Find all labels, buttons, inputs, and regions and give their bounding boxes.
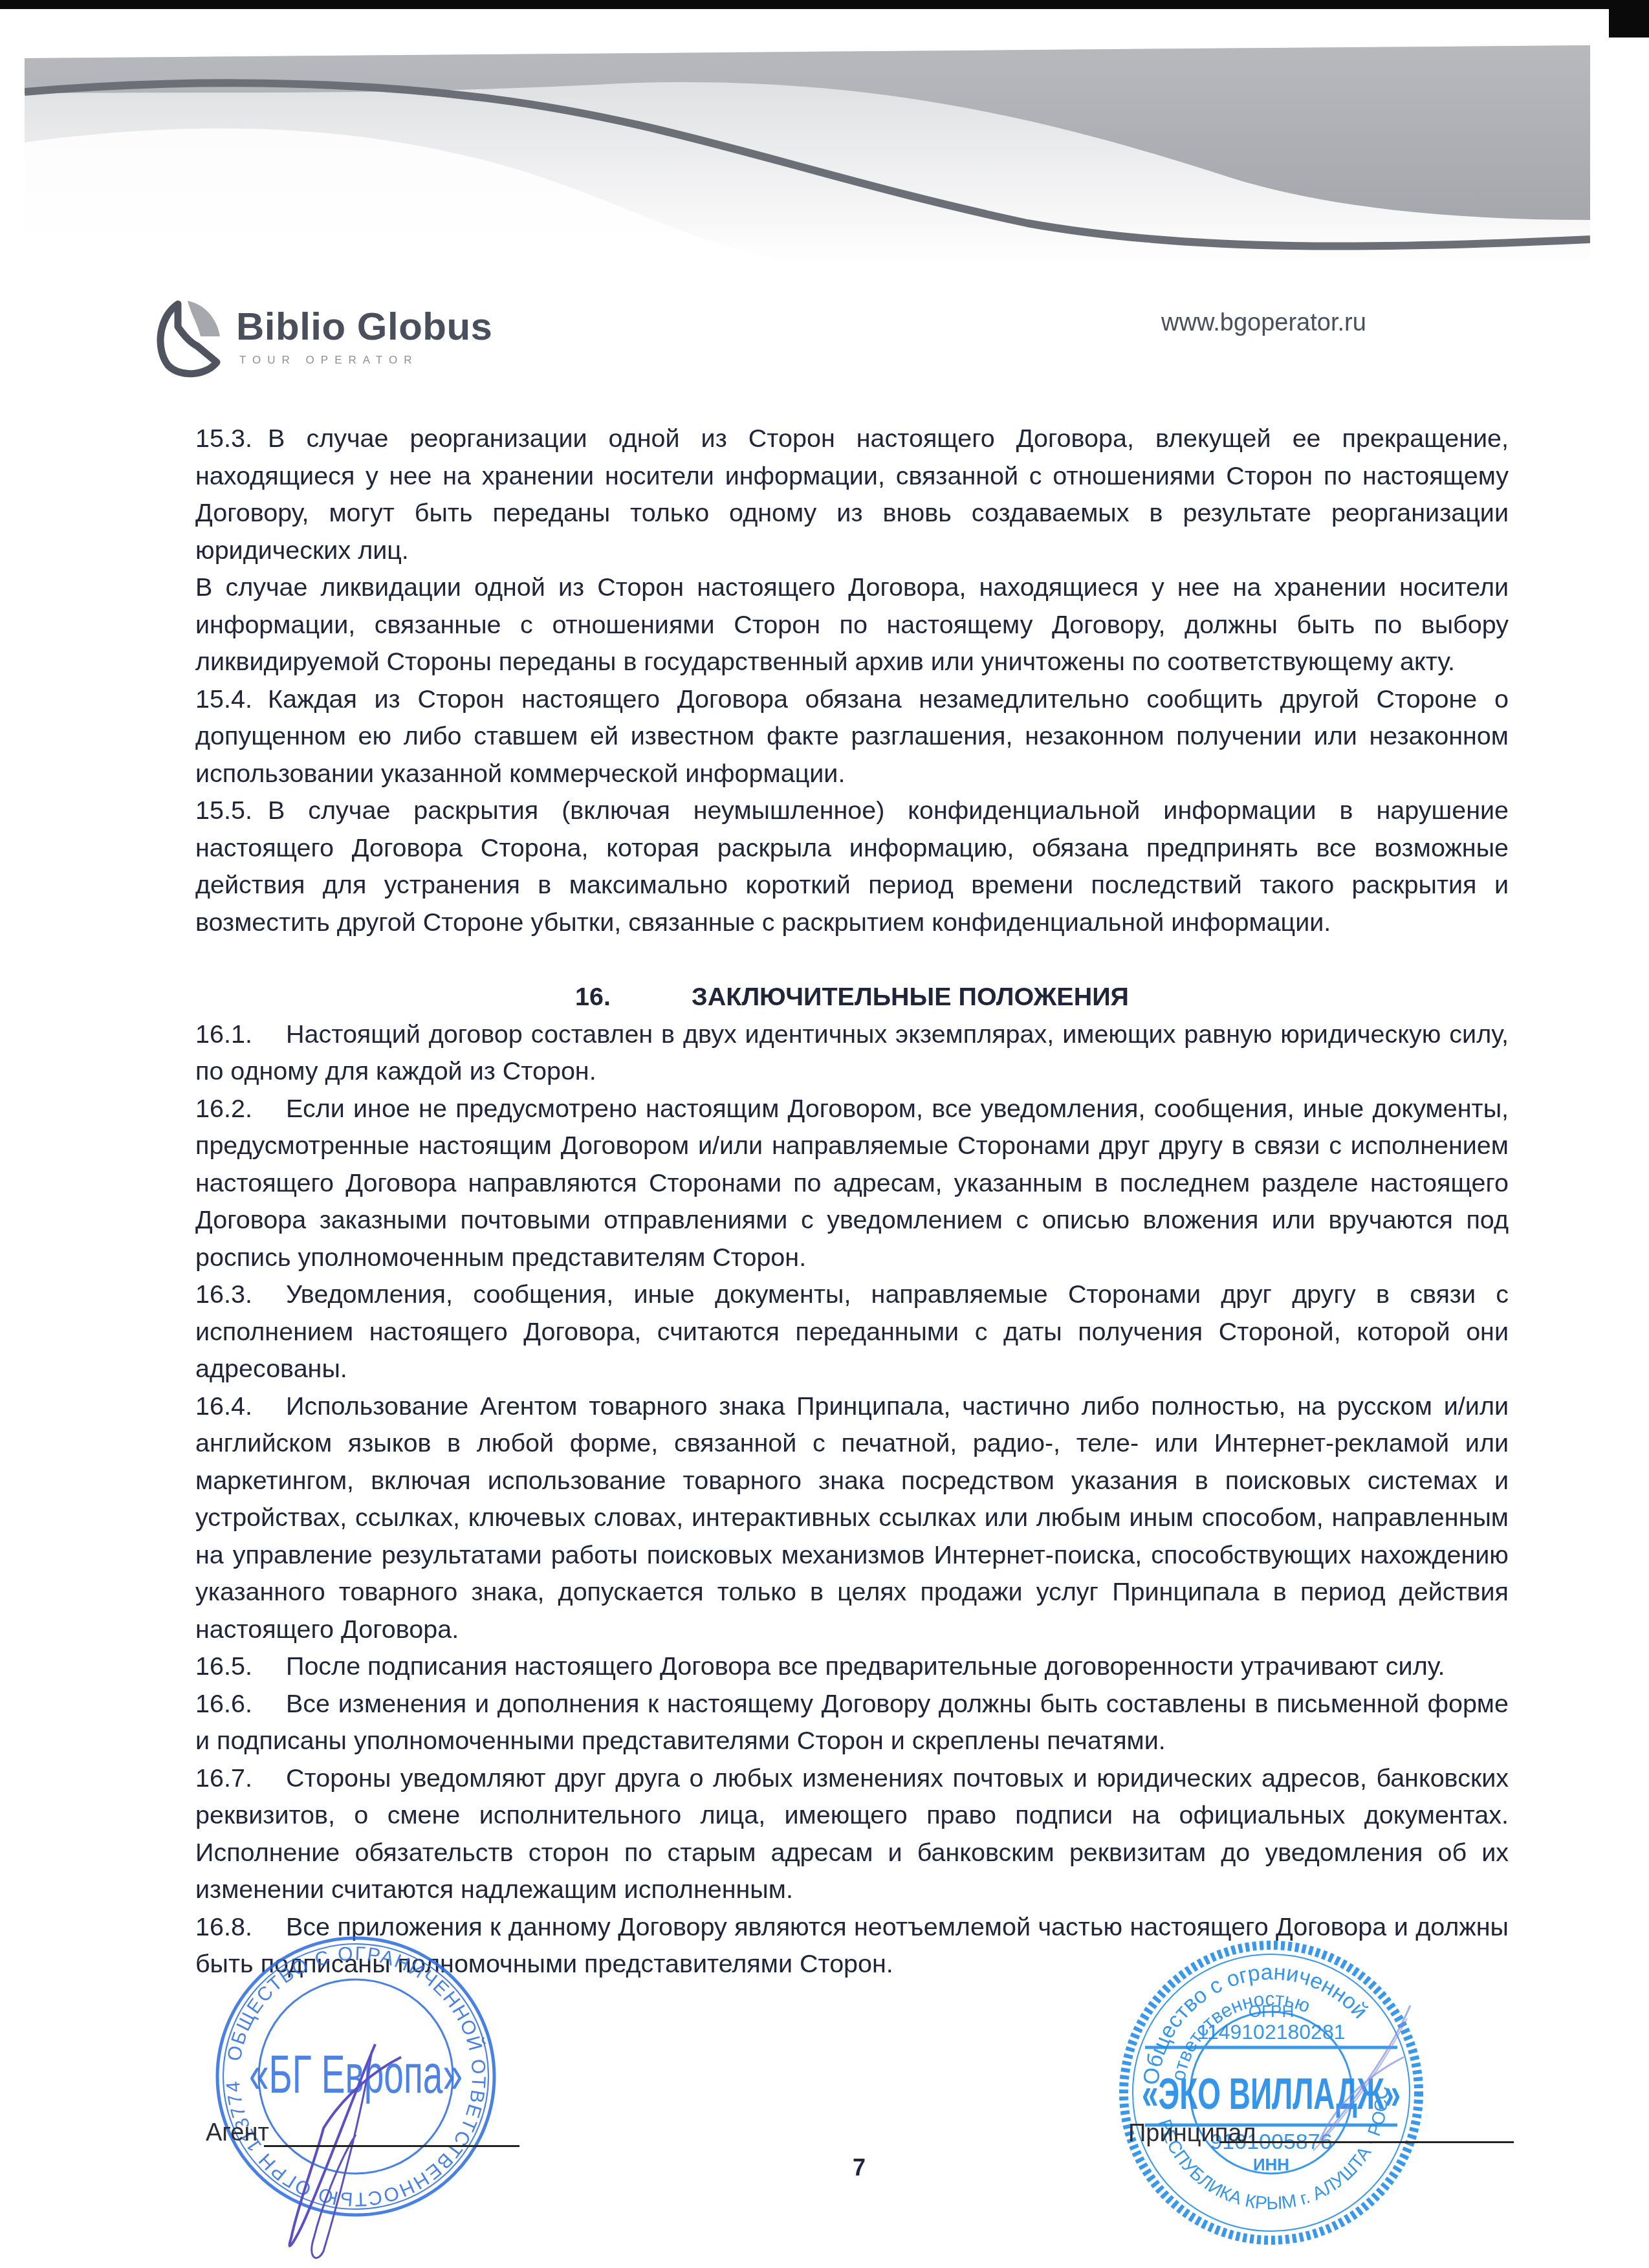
agent-label: Агент	[206, 2119, 269, 2147]
section-number: 16.	[575, 979, 692, 1016]
clause-number: 16.7.	[195, 1760, 286, 1798]
clause-text: Все изменения и дополнения к настоящему …	[195, 1690, 1509, 1756]
clause-number: 15.4.	[195, 681, 268, 719]
stamp-right-name: «ЭКО ВИЛЛАДЖ»	[1142, 2069, 1401, 2119]
header-wave-band	[25, 45, 1590, 265]
clause-15-3: 15.3.В случае реорганизации одной из Сто…	[195, 420, 1509, 569]
clause-number: 16.3.	[195, 1276, 286, 1314]
stamp-left-name: «БГ Европа»	[249, 2044, 463, 2104]
clause-text: Уведомления, сообщения, иные документы, …	[195, 1280, 1509, 1383]
contract-body: 15.3.В случае реорганизации одной из Сто…	[195, 420, 1509, 1983]
stamp-inn-label: ИНН	[1253, 2155, 1289, 2174]
scan-edge-top	[0, 0, 1649, 9]
clause-15-5: 15.5.В случае раскрытия (включая неумышл…	[195, 792, 1509, 941]
stamp-ogrn: 1149102180281	[1197, 2020, 1346, 2044]
biblio-globus-logo: Biblio Globus TOUR OPERATOR	[152, 294, 501, 385]
page-number: 7	[853, 2154, 866, 2181]
logo-mark-icon	[152, 298, 230, 378]
clause-number: 16.4.	[195, 1388, 286, 1426]
clause-text: В случае раскрытия (включая неумышленное…	[195, 796, 1509, 937]
clause-15-4: 15.4.Каждая из Сторон настоящего Договор…	[195, 681, 1509, 793]
stamp-ogrn-label: ОГРН	[1249, 2001, 1294, 2021]
stamp-bg-europa: ОБЩЕСТВО С ОГРАНИЧЕННОЙ ОТВЕТСТВЕННОСТЬЮ…	[213, 1934, 498, 2219]
principal-signature-line[interactable]	[1219, 2141, 1514, 2143]
clause-number: 16.2.	[195, 1091, 286, 1128]
clause-16-5: 16.5.После подписания настоящего Договор…	[195, 1648, 1509, 1686]
agent-signature-line[interactable]	[264, 2145, 519, 2147]
clause-number: 16.1.	[195, 1016, 286, 1054]
clause-number: 15.3.	[195, 420, 268, 458]
section-16-heading: 16.ЗАКЛЮЧИТЕЛЬНЫЕ ПОЛОЖЕНИЯ	[195, 979, 1509, 1016]
clause-16-3: 16.3.Уведомления, сообщения, иные докуме…	[195, 1276, 1509, 1388]
clause-16-2: 16.2.Если иное не предусмотрено настоящи…	[195, 1091, 1509, 1277]
clause-16-6: 16.6.Все изменения и дополнения к настоя…	[195, 1686, 1509, 1760]
clause-number: 16.6.	[195, 1686, 286, 1723]
clause-number: 15.5.	[195, 792, 268, 830]
stamp-eco-village: Общество с ограниченной ответственностью…	[1119, 1941, 1423, 2245]
section-title: ЗАКЛЮЧИТЕЛЬНЫЕ ПОЛОЖЕНИЯ	[692, 983, 1129, 1011]
clause-15-3-continued: В случае ликвидации одной из Сторон наст…	[195, 569, 1509, 681]
clause-text: В случае ликвидации одной из Сторон наст…	[195, 573, 1509, 676]
principal-label: Принципал	[1128, 2120, 1256, 2148]
clause-text: Настоящий договор составлен в двух идент…	[195, 1020, 1509, 1086]
logo-tagline: TOUR OPERATOR	[239, 354, 418, 367]
clause-text: После подписания настоящего Договора все…	[286, 1652, 1445, 1681]
logo-name: Biblio Globus	[236, 304, 492, 349]
clause-text: Каждая из Сторон настоящего Договора обя…	[195, 685, 1509, 788]
website-url[interactable]: www.bgoperator.ru	[1161, 309, 1366, 337]
clause-text: Если иное не предусмотрено настоящим Дог…	[195, 1095, 1509, 1272]
clause-number: 16.5.	[195, 1648, 286, 1686]
clause-text: Стороны уведомляют друг друга о любых из…	[195, 1764, 1509, 1904]
clause-text: В случае реорганизации одной из Сторон н…	[195, 424, 1509, 565]
scan-edge-corner	[1609, 0, 1649, 38]
clause-text: Использование Агентом товарного знака Пр…	[195, 1392, 1509, 1644]
clause-16-7: 16.7.Стороны уведомляют друг друга о люб…	[195, 1760, 1509, 1909]
clause-16-1: 16.1.Настоящий договор составлен в двух …	[195, 1016, 1509, 1091]
clause-16-4: 16.4.Использование Агентом товарного зна…	[195, 1388, 1509, 1649]
